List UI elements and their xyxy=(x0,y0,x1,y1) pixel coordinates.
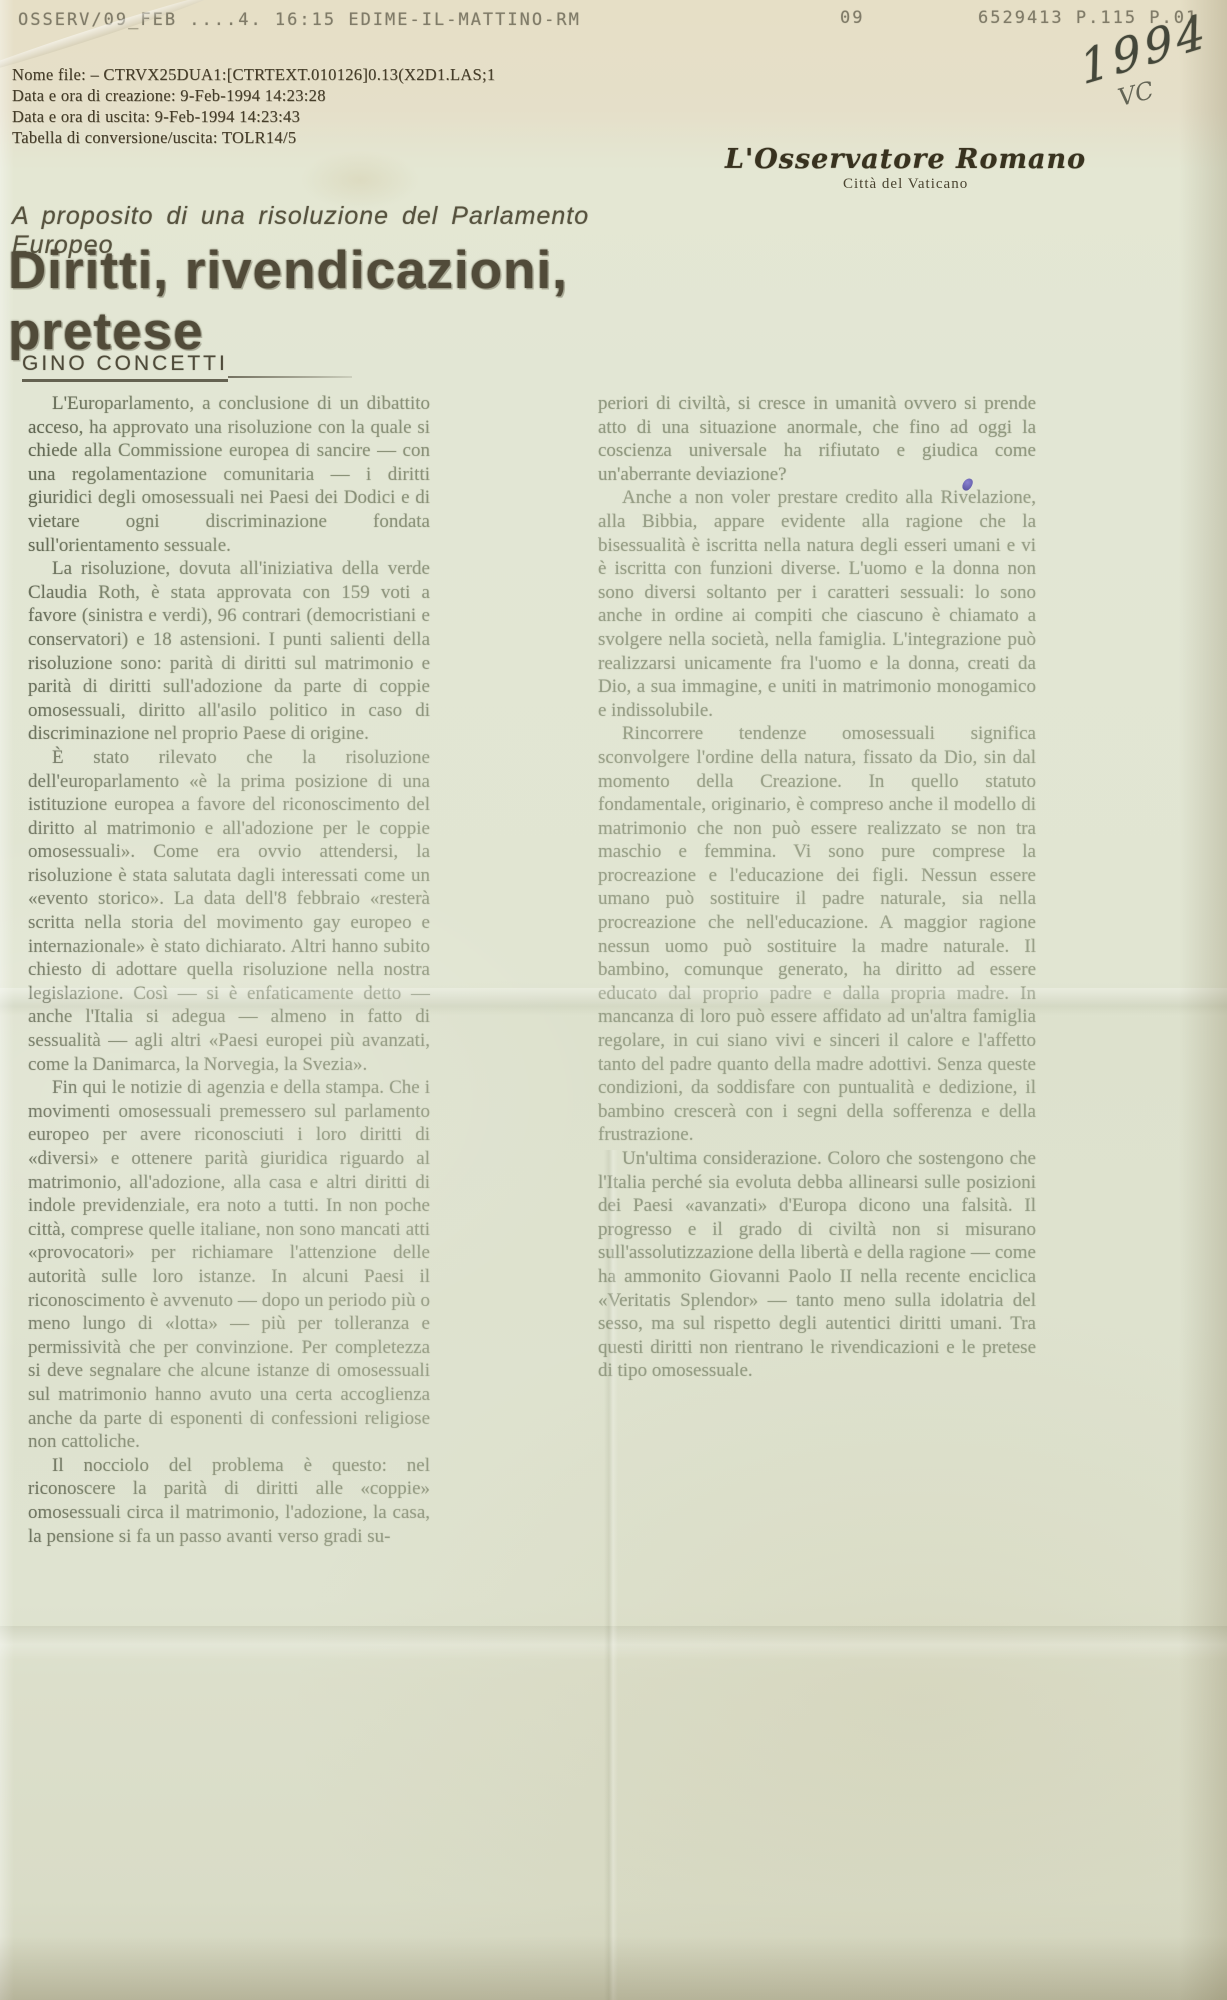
byline-row: GINO CONCETTI xyxy=(22,352,352,382)
article-paragraph: Rincorrere tendenze omosessuali signific… xyxy=(598,722,1036,1147)
byline-rule xyxy=(228,376,352,378)
file-metadata-conversion-table: Tabella di conversione/uscita: TOLR14/5 xyxy=(12,127,495,148)
article-body: L'Europarlamento, a conclusione di un di… xyxy=(28,392,1036,1548)
paper-edge-shading xyxy=(1179,0,1227,2000)
masthead: L'Osservatore Romano Città del Vaticano xyxy=(725,144,1086,193)
article-paragraph: Anche a non voler prestare credito alla … xyxy=(598,486,1036,722)
article-paragraph: Fin qui le notizie di agenzia e della st… xyxy=(28,1076,430,1454)
article-column-left: L'Europarlamento, a conclusione di un di… xyxy=(28,392,430,1548)
article-paragraph: La risoluzione, dovuta all'iniziativa de… xyxy=(28,557,430,746)
fax-header-page-number: 09 xyxy=(840,8,864,28)
paper-edge-shading xyxy=(0,1936,1227,2000)
article-title: Diritti, rivendicazioni, pretese xyxy=(8,240,768,362)
fax-header-sender: OSSERV/09_FEB ....4. 16:15 EDIME-IL-MATT… xyxy=(18,10,581,30)
file-metadata-output: Data e ora di uscita: 9-Feb-1994 14:23:4… xyxy=(12,106,495,127)
paper-smudge xyxy=(300,150,420,210)
horizontal-fold-crease xyxy=(0,1626,1227,1660)
article-paragraph: Un'ultima considerazione. Coloro che sos… xyxy=(598,1147,1036,1383)
masthead-city: Città del Vaticano xyxy=(725,176,1086,193)
file-metadata-created: Data e ora di creazione: 9-Feb-1994 14:2… xyxy=(12,85,495,106)
article-byline: GINO CONCETTI xyxy=(22,352,228,382)
scanned-fax-page: OSSERV/09_FEB ....4. 16:15 EDIME-IL-MATT… xyxy=(0,0,1227,2000)
article-paragraph: Il nocciolo del problema è questo: nel r… xyxy=(28,1454,430,1548)
masthead-name: L'Osservatore Romano xyxy=(725,144,1086,175)
article-column-right: periori di civiltà, si cresce in umanità… xyxy=(598,392,1036,1548)
article-paragraph: È stato rilevato che la risoluzione dell… xyxy=(28,746,430,1076)
article-paragraph: periori di civiltà, si cresce in umanità… xyxy=(598,392,1036,486)
file-metadata-block: Nome file: – CTRVX25DUA1:[CTRTEXT.010126… xyxy=(12,64,495,148)
fax-transmission-header: OSSERV/09_FEB ....4. 16:15 EDIME-IL-MATT… xyxy=(0,8,1227,38)
file-metadata-filename: Nome file: – CTRVX25DUA1:[CTRTEXT.010126… xyxy=(12,64,495,85)
article-paragraph: L'Europarlamento, a conclusione di un di… xyxy=(28,392,430,557)
